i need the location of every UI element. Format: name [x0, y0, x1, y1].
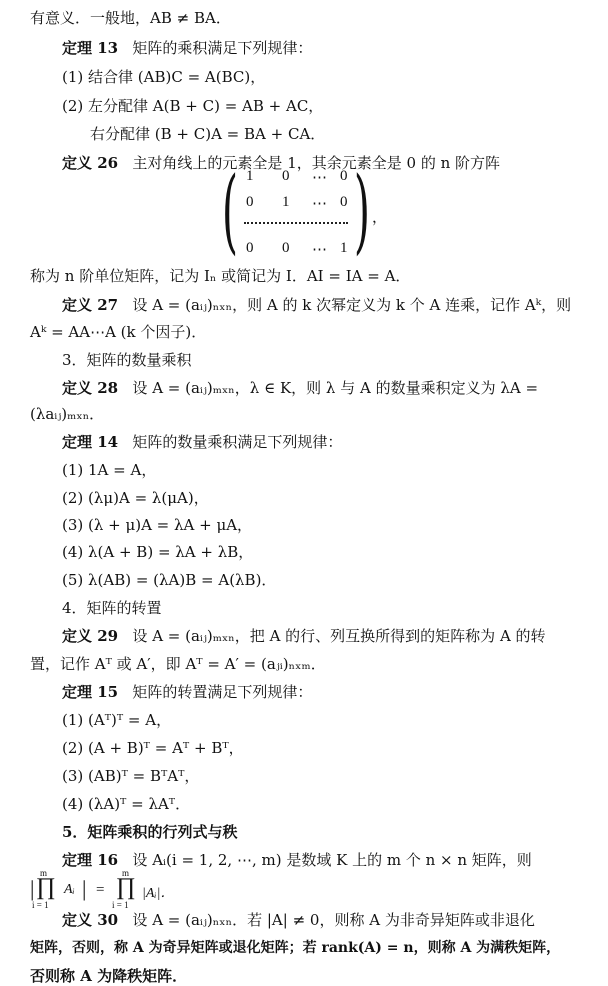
product-symbol: ∏	[36, 874, 56, 901]
product-lower-limit: i = 1	[112, 900, 129, 910]
matrix-cell: 1	[340, 240, 348, 257]
definition-label: 定义 27	[62, 296, 118, 314]
section-5-heading: 5．矩阵乘积的行列式与秩	[62, 822, 237, 842]
scalar-product-result: (λaᵢⱼ)ₘₓₙ．	[30, 404, 104, 424]
identity-matrix-notation: 称为 n 阶单位矩阵，记为 Iₙ 或简记为 I．AI = IA = A．	[30, 266, 410, 286]
determinant-product-formula: | m ∏ i = 1 Aᵢ | = m ∏ i = 1 |Aᵢ|．	[30, 872, 230, 912]
definition-text: 设 A = (aᵢⱼ)ₙₓₙ．若 |A| ≠ 0，则称 A 为非奇异矩阵或非退化	[132, 911, 534, 929]
matrix-cell: 0	[340, 194, 348, 211]
definition-29: 定义 29 设 A = (aᵢⱼ)ₘₓₙ，把 A 的行、列互换所得到的矩阵称为 …	[62, 626, 546, 646]
text-line-continuation: 有意义．一般地，AB ≠ BA．	[30, 8, 231, 28]
matrix-cell: ⋯	[312, 240, 327, 259]
definition-label: 定义 28	[62, 379, 118, 397]
definition-label: 定义 29	[62, 627, 118, 645]
product-symbol: ∏	[116, 874, 136, 901]
matrix-cell: 0	[246, 240, 254, 257]
rule-right-distributive: 右分配律 (B + C)A = BA + CA．	[90, 124, 325, 144]
definition-text: 设 A = (aᵢⱼ)ₙₓₙ，则 A 的 k 次幂定义为 k 个 A 连乘，记作…	[132, 296, 571, 314]
theorem-14: 定理 14 矩阵的数量乘积满足下列规律：	[62, 432, 342, 452]
section-4-heading: 4．矩阵的转置	[62, 598, 162, 618]
left-parenthesis: (	[222, 166, 238, 256]
matrix-cell: 0	[282, 240, 290, 257]
transpose-rule-2: (2) (A + B)ᵀ = Aᵀ + Bᵀ，	[62, 738, 244, 758]
theorem-label: 定理 15	[62, 683, 118, 701]
definition-27: 定义 27 设 A = (aᵢⱼ)ₙₓₙ，则 A 的 k 次幂定义为 k 个 A…	[62, 295, 571, 315]
rule-associative: (1) 结合律 (AB)C = A(BC)，	[62, 67, 265, 87]
matrix-cell: 0	[282, 168, 290, 185]
matrix-cell: 1	[282, 194, 290, 211]
product-body: Aᵢ	[64, 882, 75, 898]
transpose-rule-3: (3) (AB)ᵀ = BᵀAᵀ，	[62, 766, 199, 786]
scalar-rule-2: (2) (λμ)A = λ(μA)，	[62, 488, 209, 508]
scalar-rule-5: (5) λ(AB) = (λA)B = A(λB)．	[62, 570, 276, 590]
theorem-text: 矩阵的数量乘积满足下列规律：	[132, 433, 342, 451]
theorem-text: 设 Aᵢ(i = 1, 2, ⋯, m) 是数域 K 上的 m 个 n × n …	[132, 851, 531, 869]
definition-label: 定义 30	[62, 911, 118, 929]
matrix-cell: ⋯	[312, 194, 327, 213]
matrix-ellipsis-row	[244, 222, 348, 224]
theorem-15: 定理 15 矩阵的转置满足下列规律：	[62, 682, 312, 702]
power-definition: Aᵏ = AA⋯A (k 个因子)．	[30, 322, 206, 342]
scalar-rule-4: (4) λ(A + B) = λA + λB，	[62, 542, 253, 562]
scalar-rule-1: (1) 1A = A，	[62, 460, 156, 480]
product-lower-limit: i = 1	[32, 900, 49, 910]
scalar-rule-3: (3) (λ + μ)A = λA + μA，	[62, 515, 252, 535]
equals-sign: =	[96, 882, 104, 899]
transpose-rule-4: (4) (λA)ᵀ = λAᵀ．	[62, 794, 190, 814]
definition-label: 定义 26	[62, 154, 118, 172]
identity-matrix: ( 1 0 ⋯ 0 0 1 ⋯ 0 0 0 ⋯ 1 ) ，	[226, 166, 376, 260]
singular-matrix-definition: 矩阵，否则，称 A 为奇异矩阵或退化矩阵；若 rank(A) = n，则称 A …	[30, 938, 560, 958]
rank-deficient-definition: 否则称 A 为降秩矩阵．	[30, 966, 187, 986]
transpose-notation: 置，记作 Aᵀ 或 A′，即 Aᵀ = A′ = (aⱼᵢ)ₙₓₘ．	[30, 654, 326, 674]
matrix-comma: ，	[372, 206, 387, 227]
product-body: |Aᵢ|．	[142, 882, 174, 902]
section-3-heading: 3．矩阵的数量乘积	[62, 350, 192, 370]
abs-bar-right: |	[82, 876, 86, 902]
theorem-text: 矩阵的乘积满足下列规律：	[132, 39, 312, 57]
theorem-label: 定理 14	[62, 433, 118, 451]
theorem-label: 定理 16	[62, 851, 118, 869]
theorem-16: 定理 16 设 Aᵢ(i = 1, 2, ⋯, m) 是数域 K 上的 m 个 …	[62, 850, 532, 870]
rule-left-distributive: (2) 左分配律 A(B + C) = AB + AC，	[62, 96, 323, 116]
transpose-rule-1: (1) (Aᵀ)ᵀ = A，	[62, 710, 171, 730]
matrix-cell: ⋯	[312, 168, 327, 187]
theorem-text: 矩阵的转置满足下列规律：	[132, 683, 312, 701]
matrix-cell: 0	[246, 194, 254, 211]
definition-30: 定义 30 设 A = (aᵢⱼ)ₙₓₙ．若 |A| ≠ 0，则称 A 为非奇异…	[62, 910, 535, 930]
definition-28: 定义 28 设 A = (aᵢⱼ)ₘₓₙ，λ ∈ K，则 λ 与 A 的数量乘积…	[62, 378, 538, 398]
definition-text: 设 A = (aᵢⱼ)ₘₓₙ，λ ∈ K，则 λ 与 A 的数量乘积定义为 λA…	[132, 379, 538, 397]
definition-text: 设 A = (aᵢⱼ)ₘₓₙ，把 A 的行、列互换所得到的矩阵称为 A 的转	[132, 627, 545, 645]
abs-bar-left: |	[30, 876, 34, 902]
right-parenthesis: )	[354, 166, 370, 256]
theorem-13: 定理 13 矩阵的乘积满足下列规律：	[62, 38, 312, 58]
matrix-cell: 0	[340, 168, 348, 185]
theorem-label: 定理 13	[62, 39, 118, 57]
matrix-cell: 1	[246, 168, 254, 185]
